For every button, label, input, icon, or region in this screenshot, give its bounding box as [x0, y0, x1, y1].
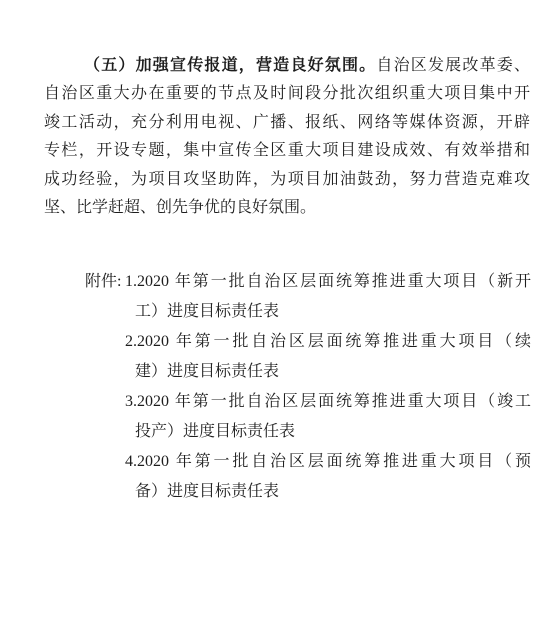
attachment-item-2-line-2: 建）进度目标责任表 [125, 357, 531, 387]
attachment-item-4-line-1: 4.2020 年第一批自治区层面统筹推进重大项目（预 [125, 447, 531, 477]
paragraph-line-3: 竣工活动，充分利用电视、广播、报纸、网络等媒体资源，开辟 [44, 109, 530, 137]
attachment-item-1-line-2: 工）进度目标责任表 [125, 297, 531, 327]
body-paragraph: （五）加强宣传报道，营造良好氛围。自治区发展改革委、 自治区重大办在重要的节点及… [44, 52, 530, 222]
attachment-item-1-line-1: 1.2020 年第一批自治区层面统筹推进重大项目（新开 [125, 267, 531, 297]
paragraph-line-6: 坚、比学赶超、创先争优的良好氛围。 [44, 194, 530, 222]
attachment-label: 附件: [85, 267, 125, 297]
attachment-item-2: 2.2020 年第一批自治区层面统筹推进重大项目（续 建）进度目标责任表 [125, 327, 531, 387]
paragraph-line-2: 自治区重大办在重要的节点及时间段分批次组织重大项目集中开 [44, 80, 530, 108]
paragraph-bold-lead: （五）加强宣传报道，营造良好氛围。 [84, 57, 376, 74]
attachment-item-4: 4.2020 年第一批自治区层面统筹推进重大项目（预 备）进度目标责任表 [125, 447, 531, 507]
paragraph-line-1-rest: 自治区发展改革委、 [376, 57, 530, 74]
attachment-section: 附件: 1.2020 年第一批自治区层面统筹推进重大项目（新开 工）进度目标责任… [85, 267, 558, 507]
paragraph-line-1: （五）加强宣传报道，营造良好氛围。自治区发展改革委、 [44, 52, 530, 80]
attachment-item-3: 3.2020 年第一批自治区层面统筹推进重大项目（竣工 投产）进度目标责任表 [125, 387, 531, 447]
attachment-item-4-line-2: 备）进度目标责任表 [125, 477, 531, 507]
attachment-item-3-line-1: 3.2020 年第一批自治区层面统筹推进重大项目（竣工 [125, 387, 531, 417]
attachment-item-3-line-2: 投产）进度目标责任表 [125, 417, 531, 447]
paragraph-line-4: 专栏，开设专题，集中宣传全区重大项目建设成效、有效举措和 [44, 137, 530, 165]
attachment-item-2-line-1: 2.2020 年第一批自治区层面统筹推进重大项目（续 [125, 327, 531, 357]
attachment-list: 1.2020 年第一批自治区层面统筹推进重大项目（新开 工）进度目标责任表 2.… [125, 267, 531, 507]
attachment-item-1: 1.2020 年第一批自治区层面统筹推进重大项目（新开 工）进度目标责任表 [125, 267, 531, 327]
document-page: （五）加强宣传报道，营造良好氛围。自治区发展改革委、 自治区重大办在重要的节点及… [0, 0, 558, 642]
paragraph-line-5: 成功经验，为项目攻坚助阵，为项目加油鼓劲，努力营造克难攻 [44, 166, 530, 194]
